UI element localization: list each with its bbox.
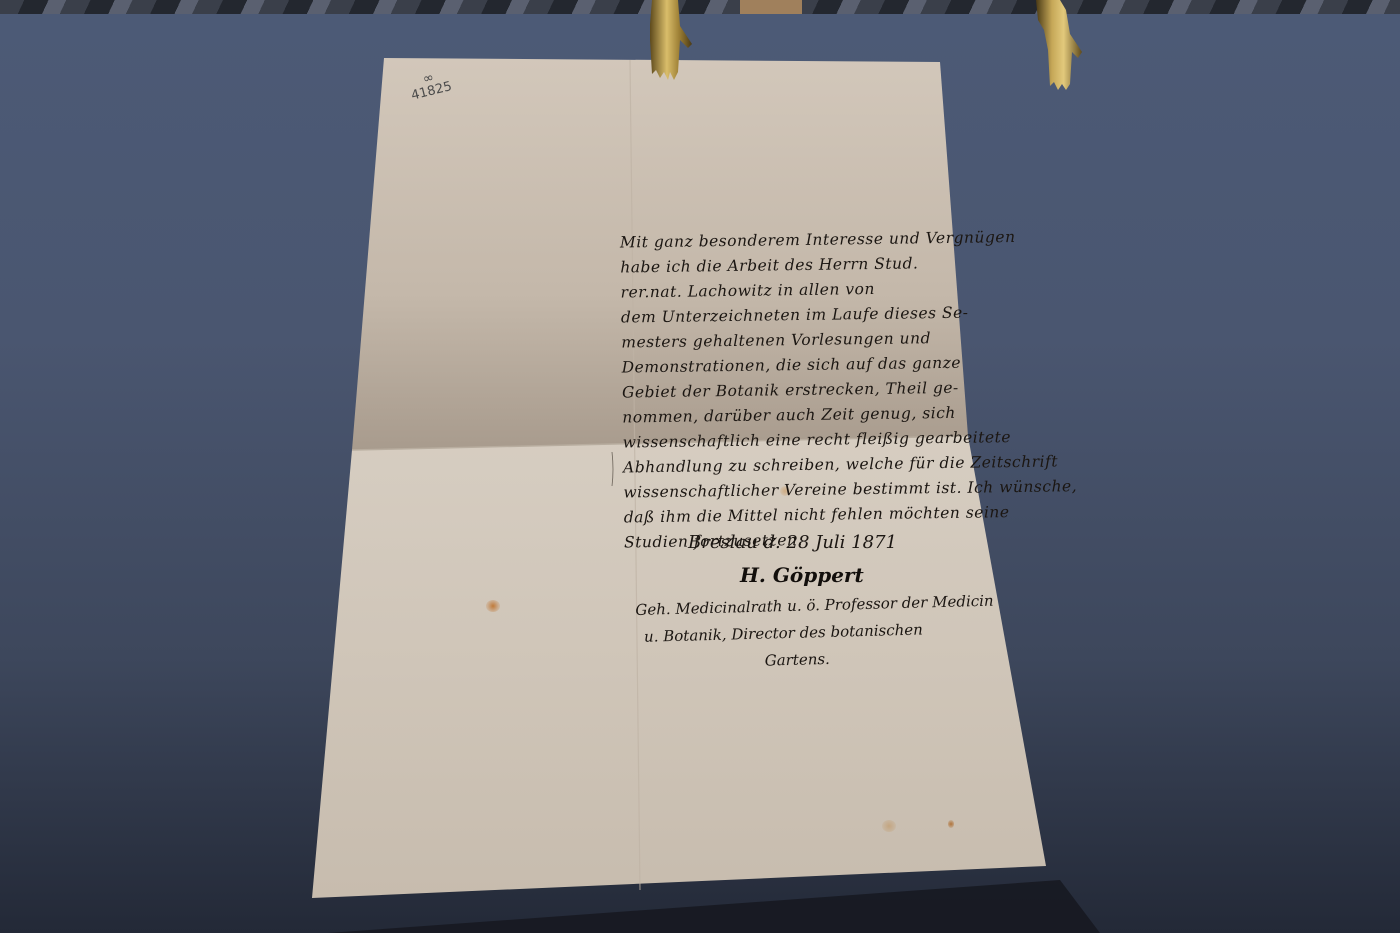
foxing-stain	[948, 820, 954, 828]
brass-hand-clip-icon	[634, 0, 696, 82]
body-line: Mit ganz besonderem Interesse und Vergnü…	[620, 226, 980, 256]
signature: H. Göppert	[740, 563, 864, 587]
foxing-stain	[882, 820, 896, 832]
place-date: Breslau d. 28 Juli 1871	[688, 532, 897, 553]
signatory-titles: Geh. Medicinalrath u. ö. Professor der M…	[635, 587, 1017, 678]
body-line: daß ihm die Mittel nicht fehlen möchten …	[624, 500, 984, 530]
letter-paper: ∞ 41825 Mit ganz besonderem Interesse un…	[0, 0, 1400, 933]
letter-body: Mit ganz besonderem Interesse und Vergnü…	[620, 226, 985, 556]
brass-hand-clip-icon	[1030, 0, 1092, 92]
foxing-stain	[486, 600, 500, 612]
